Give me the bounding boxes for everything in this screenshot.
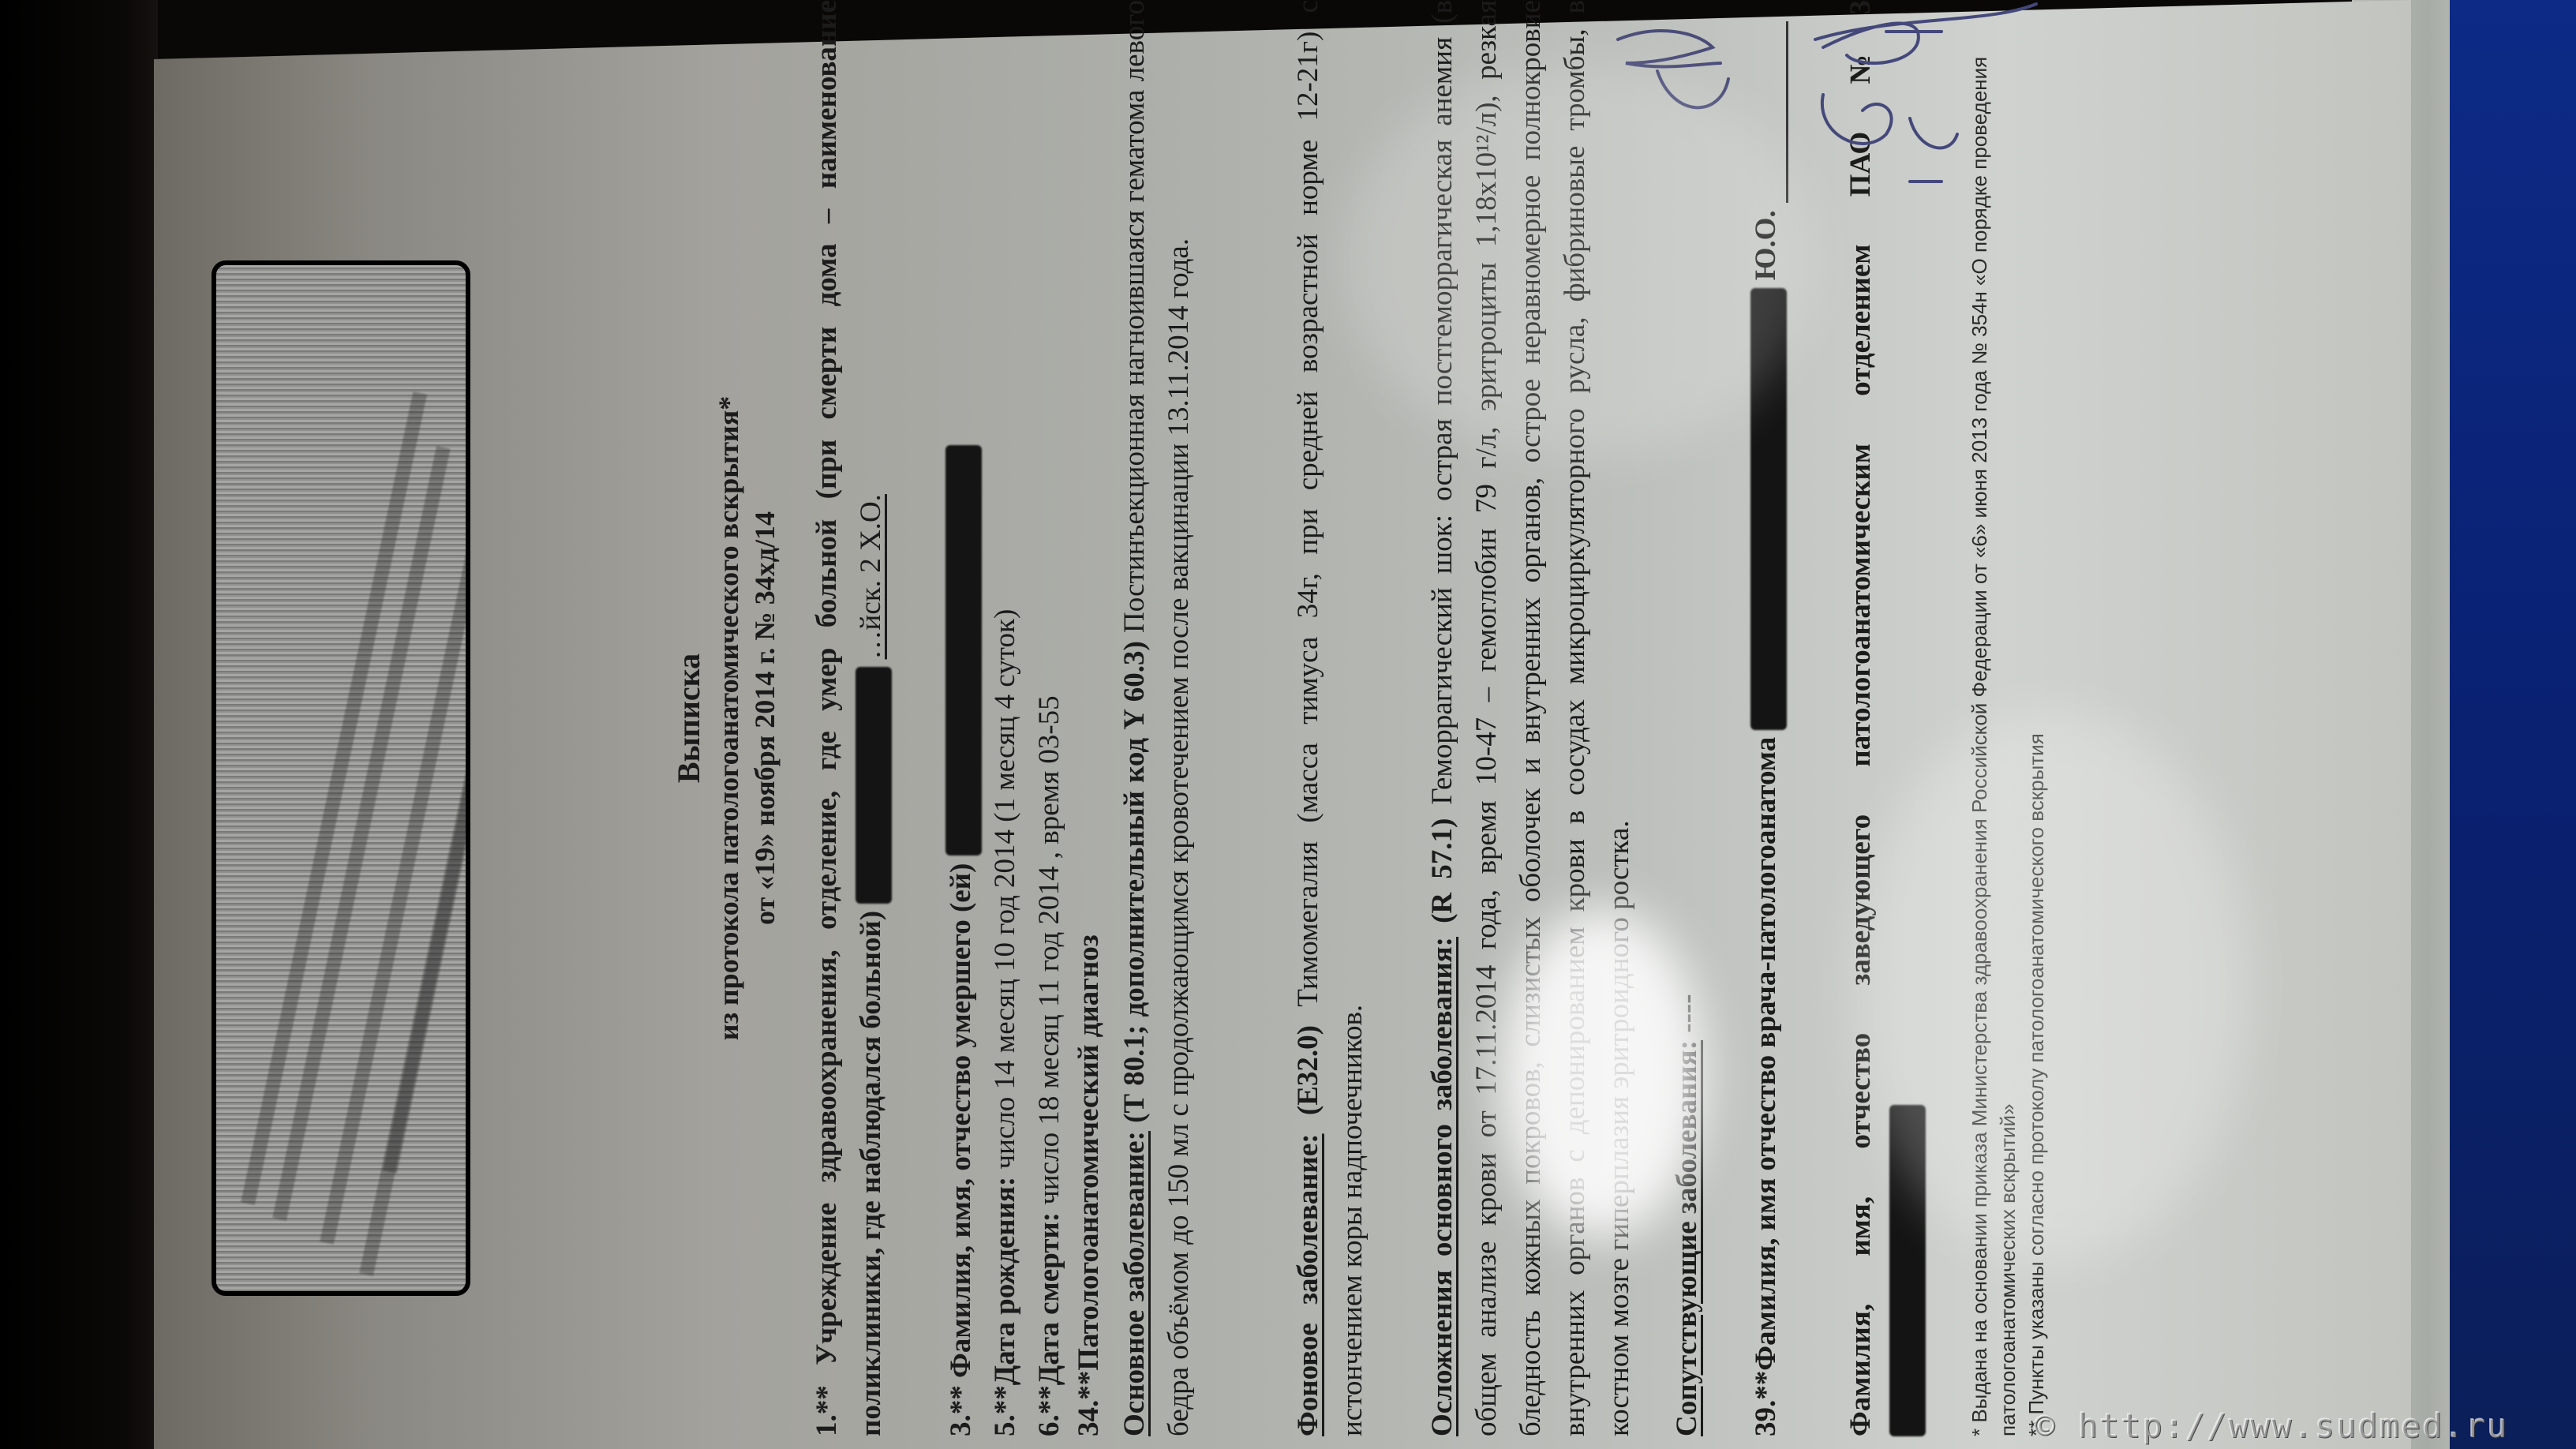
redaction-mark [945,445,982,856]
complications-label: Осложнения основного заболевания: [1426,937,1458,1436]
concomitant-label: Сопутствующие заболевания: [1671,1040,1703,1436]
footnote-1: * Выдана на основании приказа Министерст… [1965,0,2022,1436]
complications: Осложнения основного заболевания: (R 57.… [1421,0,1642,1436]
department-head: Фамилия, имя, отчество заведующего патол… [1839,0,1927,1436]
redaction-mark [1750,288,1787,730]
obscured-stamp [212,260,470,1296]
item-1: 1.** Учреждение здравоохранения, отделен… [805,0,893,1436]
background-disease: Фоновое заболевание: (Е32.0) Тимомегалия… [1286,0,1375,1436]
footnote-2: ** Пункты указаны согласно протоколу пат… [2022,0,2050,1436]
blue-surface [2450,0,2576,1449]
document-content: Выписка из протокола патологоанатомическ… [623,0,2123,1436]
document-subtitle: из протокола патологоанатомического вскр… [710,0,747,1436]
department-head-label: Фамилия, имя, отчество заведующего патол… [1844,0,1877,1436]
redaction-mark [856,667,892,904]
main-disease-code: (Т 80.1; дополнительный код Y 60.3) [1118,641,1151,1123]
item-5-value: число 14 месяц 10 год 2014 (1 месяц 4 су… [989,609,1021,1170]
document-header: Выписка из протокола патологоанатомическ… [671,0,783,1436]
document-date-line: от «19» ноября 2014 г. № 34хд/14 [747,0,783,1436]
dark-background [0,0,158,1449]
main-disease: Основное заболевание: (Т 80.1; дополните… [1113,0,1201,1436]
item-6: 6.**Дата смерти: число 18 месяц 11 год 2… [1028,0,1072,1436]
footnotes: * Выдана на основании приказа Министерст… [1965,0,2050,1436]
background-disease-code: (Е32.0) [1292,1025,1324,1115]
redaction-mark [1889,1105,1926,1436]
item-34: 34.**Патологоанатомический диагноз [1067,0,1111,1436]
watermark: © http://www.sudmed.ru [2035,1406,2508,1445]
item-39-label: 39.**Фамилия, имя отчество врача-патолог… [1750,737,1782,1436]
main-disease-label: Основное заболевание: [1118,1131,1151,1436]
signature-line [1762,21,1788,203]
complications-code: (R 57.1) [1426,818,1458,923]
item-5-label: 5.**Дата рождения: [989,1177,1021,1436]
item-5: 5.**Дата рождения: число 14 месяц 10 год… [983,0,1028,1436]
background-disease-label: Фоновое заболевание: [1292,1133,1324,1436]
item-1-value: …йск. 2 Х.О. [855,494,887,659]
concomitant-diseases: Сопутствующие заболевания: ---- [1665,0,1709,1436]
item-3: 3.** Фамилия, имя, отчество умершего (ей… [939,0,983,1436]
item-6-value: число 18 месяц 11 год 2014 , время 03-55 [1033,695,1065,1204]
concomitant-value: ---- [1671,994,1703,1032]
item-6-label: 6.**Дата смерти: [1033,1212,1065,1436]
document-title: Выписка [671,0,707,1436]
item-39: 39.**Фамилия, имя отчество врача-патолог… [1744,0,1788,1436]
item-39-suffix: Ю.О. [1750,210,1782,280]
item-3-label: 3.** Фамилия, имя, отчество умершего (ей… [945,863,977,1436]
